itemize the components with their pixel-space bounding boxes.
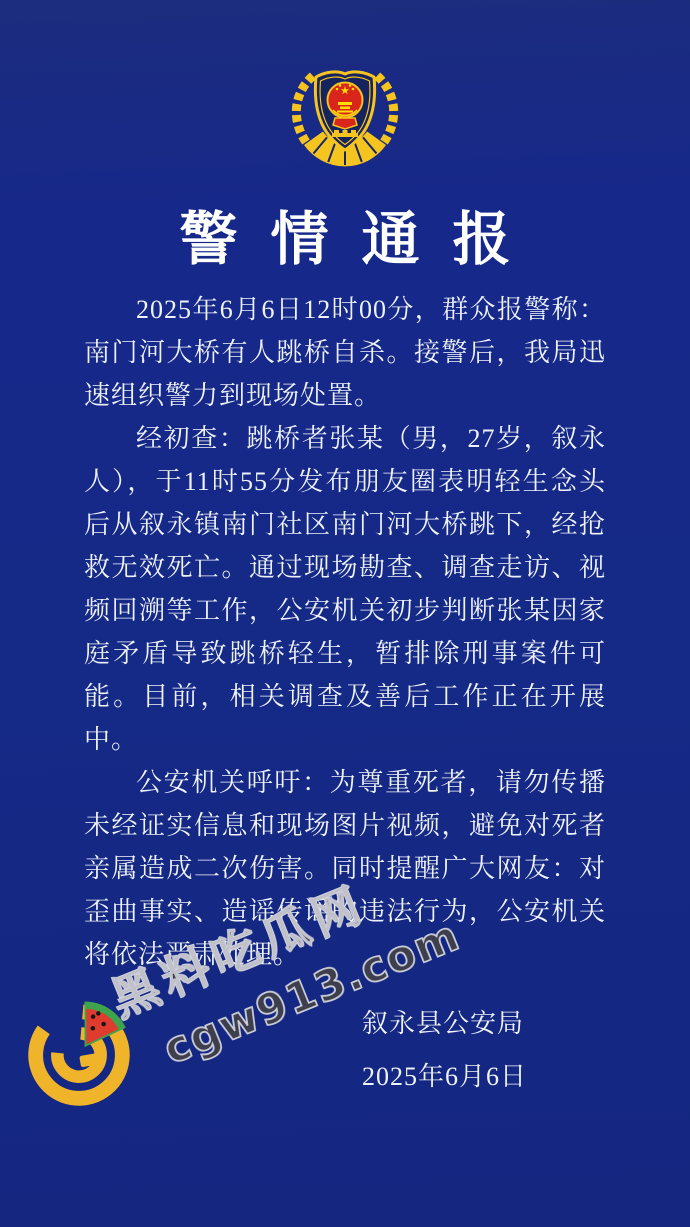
police-notice-poster: 警情通报 2025年6月6日12时00分，群众报警称：南门河大桥有人跳桥自杀。接…: [0, 0, 690, 1227]
signature-agency: 叙永县公安局: [362, 1002, 606, 1045]
notice-body: 2025年6月6日12时00分，群众报警称：南门河大桥有人跳桥自杀。接警后，我局…: [84, 288, 606, 1098]
signature-date: 2025年6月6日: [362, 1055, 606, 1098]
notice-paragraph-3: 公安机关呼吁：为尊重死者，请勿传播未经证实信息和现场图片视频，避免对死者亲属造成…: [84, 761, 606, 976]
notice-paragraph-1: 2025年6月6日12时00分，群众报警称：南门河大桥有人跳桥自杀。接警后，我局…: [84, 288, 606, 417]
notice-paragraph-2: 经初查：跳桥者张某（男，27岁，叙永人），于11时55分发布朋友圈表明轻生念头后…: [84, 417, 606, 761]
police-badge-icon: [284, 58, 406, 172]
page-title: 警情通报: [0, 192, 690, 276]
signature-block: 叙永县公安局 2025年6月6日: [84, 1002, 606, 1098]
